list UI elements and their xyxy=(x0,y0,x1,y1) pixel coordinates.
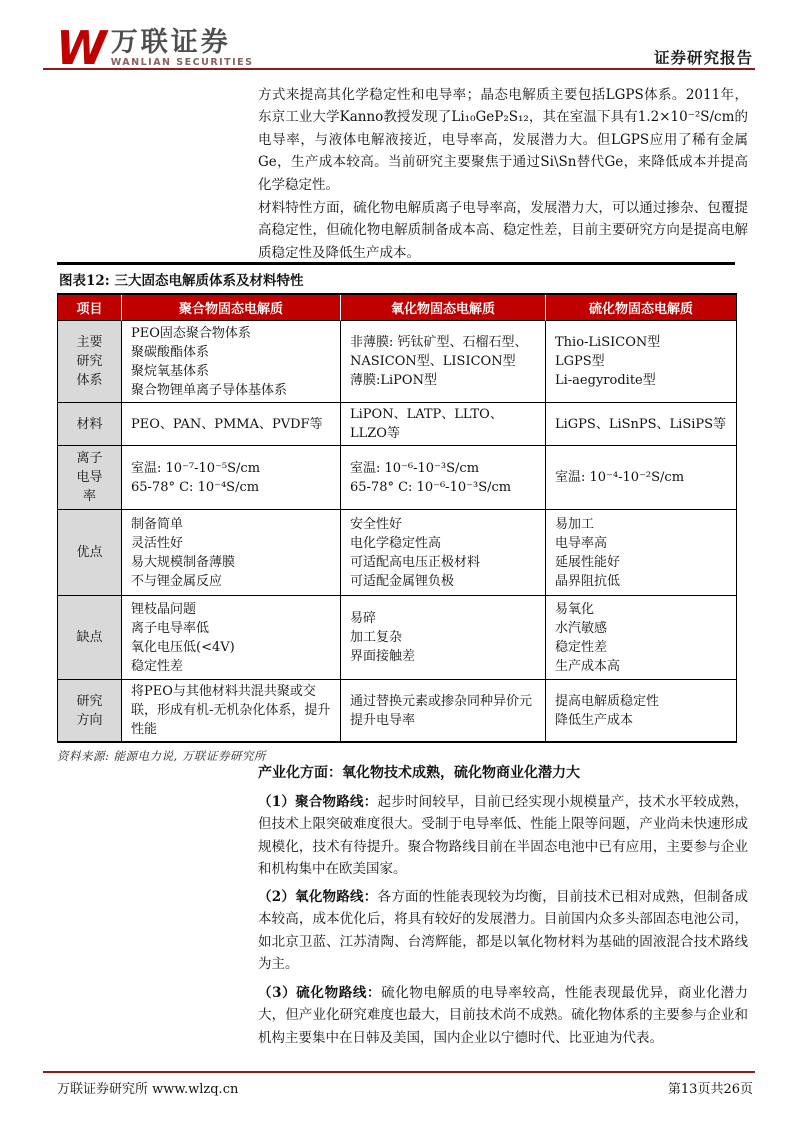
table-cell: 安全性好 电化学稳定性高 可适配高电压正极材料 可适配金属锂负极 xyxy=(341,510,546,596)
table-cell: 易加工 电导率高 延展性能好 晶界阻抗低 xyxy=(546,510,736,596)
logo-title: 万联证券 xyxy=(111,28,254,57)
logo-w-icon: W xyxy=(56,28,105,68)
table-row: 研究 方向 将PEO与其他材料共混共聚或交联，形成有机-无机杂化体系，提升性能 … xyxy=(58,680,736,741)
intro-paragraph-1: 方式来提高其化学稳定性和电导率；晶态电解质主要包括LGPS体系。2011年，东京… xyxy=(258,84,748,196)
table-row: 主要 研究 体系 PEO固态聚合物体系 聚碳酸酯体系 聚烷氧基体系 聚合物锂单离… xyxy=(58,321,736,403)
logo: W 万联证券 WANLIAN SECURITIES xyxy=(56,28,254,68)
report-page: W 万联证券 WANLIAN SECURITIES 证券研究报告 方式来提高其化… xyxy=(0,0,794,1123)
column-header-item: 项目 xyxy=(58,295,122,321)
table-cell: 提高电解质稳定性 降低生产成本 xyxy=(546,680,736,741)
row-label: 离子 电导 率 xyxy=(58,446,122,510)
table-cell: PEO固态聚合物体系 聚碳酸酯体系 聚烷氧基体系 聚合物锂单离子导体基体系 xyxy=(122,321,341,403)
table-cell: LiPON、LATP、LLTO、LLZO等 xyxy=(341,403,546,446)
footer-institute: 万联证券研究所 www.wlzq.cn xyxy=(57,1078,238,1097)
figure-block: 图表12: 三大固态电解质体系及材料特性 项目 聚合物固态电解质 氧化物固态电解… xyxy=(57,262,735,764)
route-paragraph-polymer: （1）聚合物路线：起步时间较早，目前已经实现小规模量产，技术水平较成熟，但技术上… xyxy=(258,791,748,881)
route-lead-polymer: （1）聚合物路线： xyxy=(258,794,377,810)
column-header-oxide: 氧化物固态电解质 xyxy=(341,295,546,321)
table-cell: 锂枝晶问题 离子电导率低 氧化电压低(<4V) 稳定性差 xyxy=(122,596,341,680)
row-label: 缺点 xyxy=(58,596,122,680)
logo-subtitle: WANLIAN SECURITIES xyxy=(111,57,254,68)
electrolyte-table: 项目 聚合物固态电解质 氧化物固态电解质 硫化物固态电解质 主要 研究 体系 P… xyxy=(57,293,737,743)
logo-text-block: 万联证券 WANLIAN SECURITIES xyxy=(111,28,254,68)
table-cell: 将PEO与其他材料共混共聚或交联，形成有机-无机杂化体系，提升性能 xyxy=(122,680,341,741)
table-cell: Thio-LiSICON型 LGPS型 Li-aegyrodite型 xyxy=(546,321,736,403)
table-cell: 室温: 10⁻⁶-10⁻³S/cm 65-78° C: 10⁻⁶-10⁻³S/c… xyxy=(341,446,546,510)
table-cell: 室温: 10⁻⁷-10⁻⁵S/cm 65-78° C: 10⁻⁴S/cm xyxy=(122,446,341,510)
intro-paragraph-2: 材料特性方面，硫化物电解质离子电导率高，发展潜力大，可以通过掺杂、包覆提高稳定性… xyxy=(258,197,748,264)
row-label: 研究 方向 xyxy=(58,680,122,741)
table-row: 材料 PEO、PAN、PMMA、PVDF等 LiPON、LATP、LLTO、LL… xyxy=(58,403,736,446)
table-cell: PEO、PAN、PMMA、PVDF等 xyxy=(122,403,341,446)
table-cell: 制备简单 灵活性好 易大规模制备薄膜 不与锂金属反应 xyxy=(122,510,341,596)
table-cell: 易氧化 水汽敏感 稳定性差 生产成本高 xyxy=(546,596,736,680)
table-cell: LiGPS、LiSnPS、LiSiPS等 xyxy=(546,403,736,446)
page-indicator: 第13页共26页 xyxy=(668,1078,753,1097)
table-row: 离子 电导 率 室温: 10⁻⁷-10⁻⁵S/cm 65-78° C: 10⁻⁴… xyxy=(58,446,736,510)
table-cell: 室温: 10⁻⁴-10⁻²S/cm xyxy=(546,446,736,510)
table-cell: 非薄膜: 钙钛矿型、石榴石型、NASICON型、LISICON型 薄膜:LiPO… xyxy=(341,321,546,403)
route-lead-sulfide: （3）硫化物路线： xyxy=(258,985,381,1001)
table-header-row: 项目 聚合物固态电解质 氧化物固态电解质 硫化物固态电解质 xyxy=(58,295,736,321)
route-paragraph-sulfide: （3）硫化物路线：硫化物电解质的电导率较高，性能表现最优异，商业化潜力大，但产业… xyxy=(258,982,748,1049)
row-label: 优点 xyxy=(58,510,122,596)
figure-title: 图表12: 三大固态电解质体系及材料特性 xyxy=(57,262,735,293)
row-label: 主要 研究 体系 xyxy=(58,321,122,403)
report-type-label: 证券研究报告 xyxy=(654,46,753,68)
section-heading: 产业化方面：氧化物技术成熟，硫化物商业化潜力大 xyxy=(258,762,748,782)
table-row: 缺点 锂枝晶问题 离子电导率低 氧化电压低(<4V) 稳定性差 易碎 加工复杂 … xyxy=(58,596,736,680)
header-rule xyxy=(43,68,755,70)
table-cell: 通过替换元素或掺杂同种异价元提升电导率 xyxy=(341,680,546,741)
footer-rule xyxy=(43,1071,755,1073)
column-header-polymer: 聚合物固态电解质 xyxy=(122,295,341,321)
column-header-sulfide: 硫化物固态电解质 xyxy=(546,295,736,321)
table-row: 优点 制备简单 灵活性好 易大规模制备薄膜 不与锂金属反应 安全性好 电化学稳定… xyxy=(58,510,736,596)
table-cell: 易碎 加工复杂 界面接触差 xyxy=(341,596,546,680)
route-lead-oxide: （2）氧化物路线： xyxy=(258,889,377,905)
route-paragraph-oxide: （2）氧化物路线：各方面的性能表现较为均衡，目前技术已相对成熟，但制备成本较高，… xyxy=(258,886,748,976)
row-label: 材料 xyxy=(58,403,122,446)
